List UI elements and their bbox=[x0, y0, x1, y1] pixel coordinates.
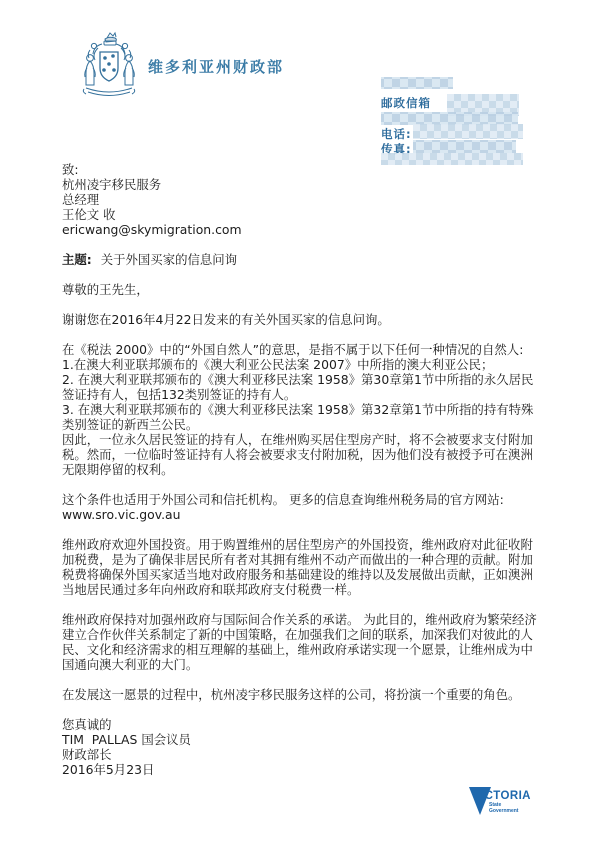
subject-text: 关于外国买家的信息问询 bbox=[101, 252, 237, 267]
paragraph-role: 在发展这一愿景的过程中，杭州凌宇移民服务这样的公司，将扮演一个重要的角色。 bbox=[62, 687, 544, 702]
contact-block: 邮政信箱 电话: 传真: bbox=[378, 75, 538, 170]
paragraph-website: 这个条件也适用于外国公司和信托机构。 更多的信息查询维州税务局的官方网站: ww… bbox=[62, 492, 544, 522]
signature-title: 财政部长 bbox=[62, 747, 544, 762]
redacted-phone-value bbox=[413, 124, 523, 139]
subject-line: 主题:关于外国买家的信息问询 bbox=[62, 252, 544, 267]
greeting: 尊敬的王先生， bbox=[62, 282, 544, 297]
signature-block: 您真诚的 TIM PALLAS 国会议员 财政部长 2016年5月23日 bbox=[62, 717, 544, 777]
phone-label: 电话: bbox=[381, 126, 412, 142]
paragraph-definition-list: 在《税法 2000》中的“外国自然人”的意思，是指不属于以下任何一种情况的自然人… bbox=[62, 342, 544, 477]
recipient-block: 致: 杭州凌宇移民服务 总经理 王伦文 收 ericwang@skymigrat… bbox=[62, 162, 544, 237]
signature-closing: 您真诚的 bbox=[62, 717, 544, 732]
signature-name: TIM PALLAS 国会议员 bbox=[62, 732, 544, 747]
pobox-label: 邮政信箱 bbox=[381, 95, 431, 111]
redacted-address-line bbox=[381, 77, 453, 89]
subject-label: 主题: bbox=[62, 252, 92, 267]
recipient-name: 王伦文 收 bbox=[62, 207, 544, 222]
signature-date: 2016年5月23日 bbox=[62, 762, 544, 777]
recipient-company: 杭州凌宇移民服务 bbox=[62, 177, 544, 192]
to-label: 致: bbox=[62, 162, 544, 177]
paragraph-investment: 维州政府欢迎外国投资。用于购置维州的居住型房产的外国投资，维州政府对此征收附加税… bbox=[62, 537, 544, 597]
svg-text:Government: Government bbox=[489, 808, 519, 814]
svg-text:ICTORIA: ICTORIA bbox=[481, 790, 531, 802]
redacted-fax-value bbox=[413, 140, 516, 153]
recipient-email: ericwang@skymigration.com bbox=[62, 222, 544, 237]
paragraph-cooperation: 维州政府保持对加强州政府与国际间合作关系的承诺。 为此目的，维州政府为繁荣经济建… bbox=[62, 612, 544, 672]
recipient-title: 总经理 bbox=[62, 192, 544, 207]
victoria-coat-of-arms-icon bbox=[78, 30, 140, 100]
paragraph-thanks: 谢谢您在2016年4月22日发来的有关外国买家的信息问询。 bbox=[62, 312, 544, 327]
org-title: 维多利亚州财政部 bbox=[148, 56, 284, 77]
letter-page: 维多利亚州财政部 邮政信箱 电话: 传真: 致: 杭州凌宇移民服务 总经理 王伦… bbox=[0, 0, 595, 842]
letter-body: 致: 杭州凌宇移民服务 总经理 王伦文 收 ericwang@skymigrat… bbox=[62, 162, 544, 777]
victoria-state-government-logo: ICTORIA State Government bbox=[468, 784, 532, 818]
